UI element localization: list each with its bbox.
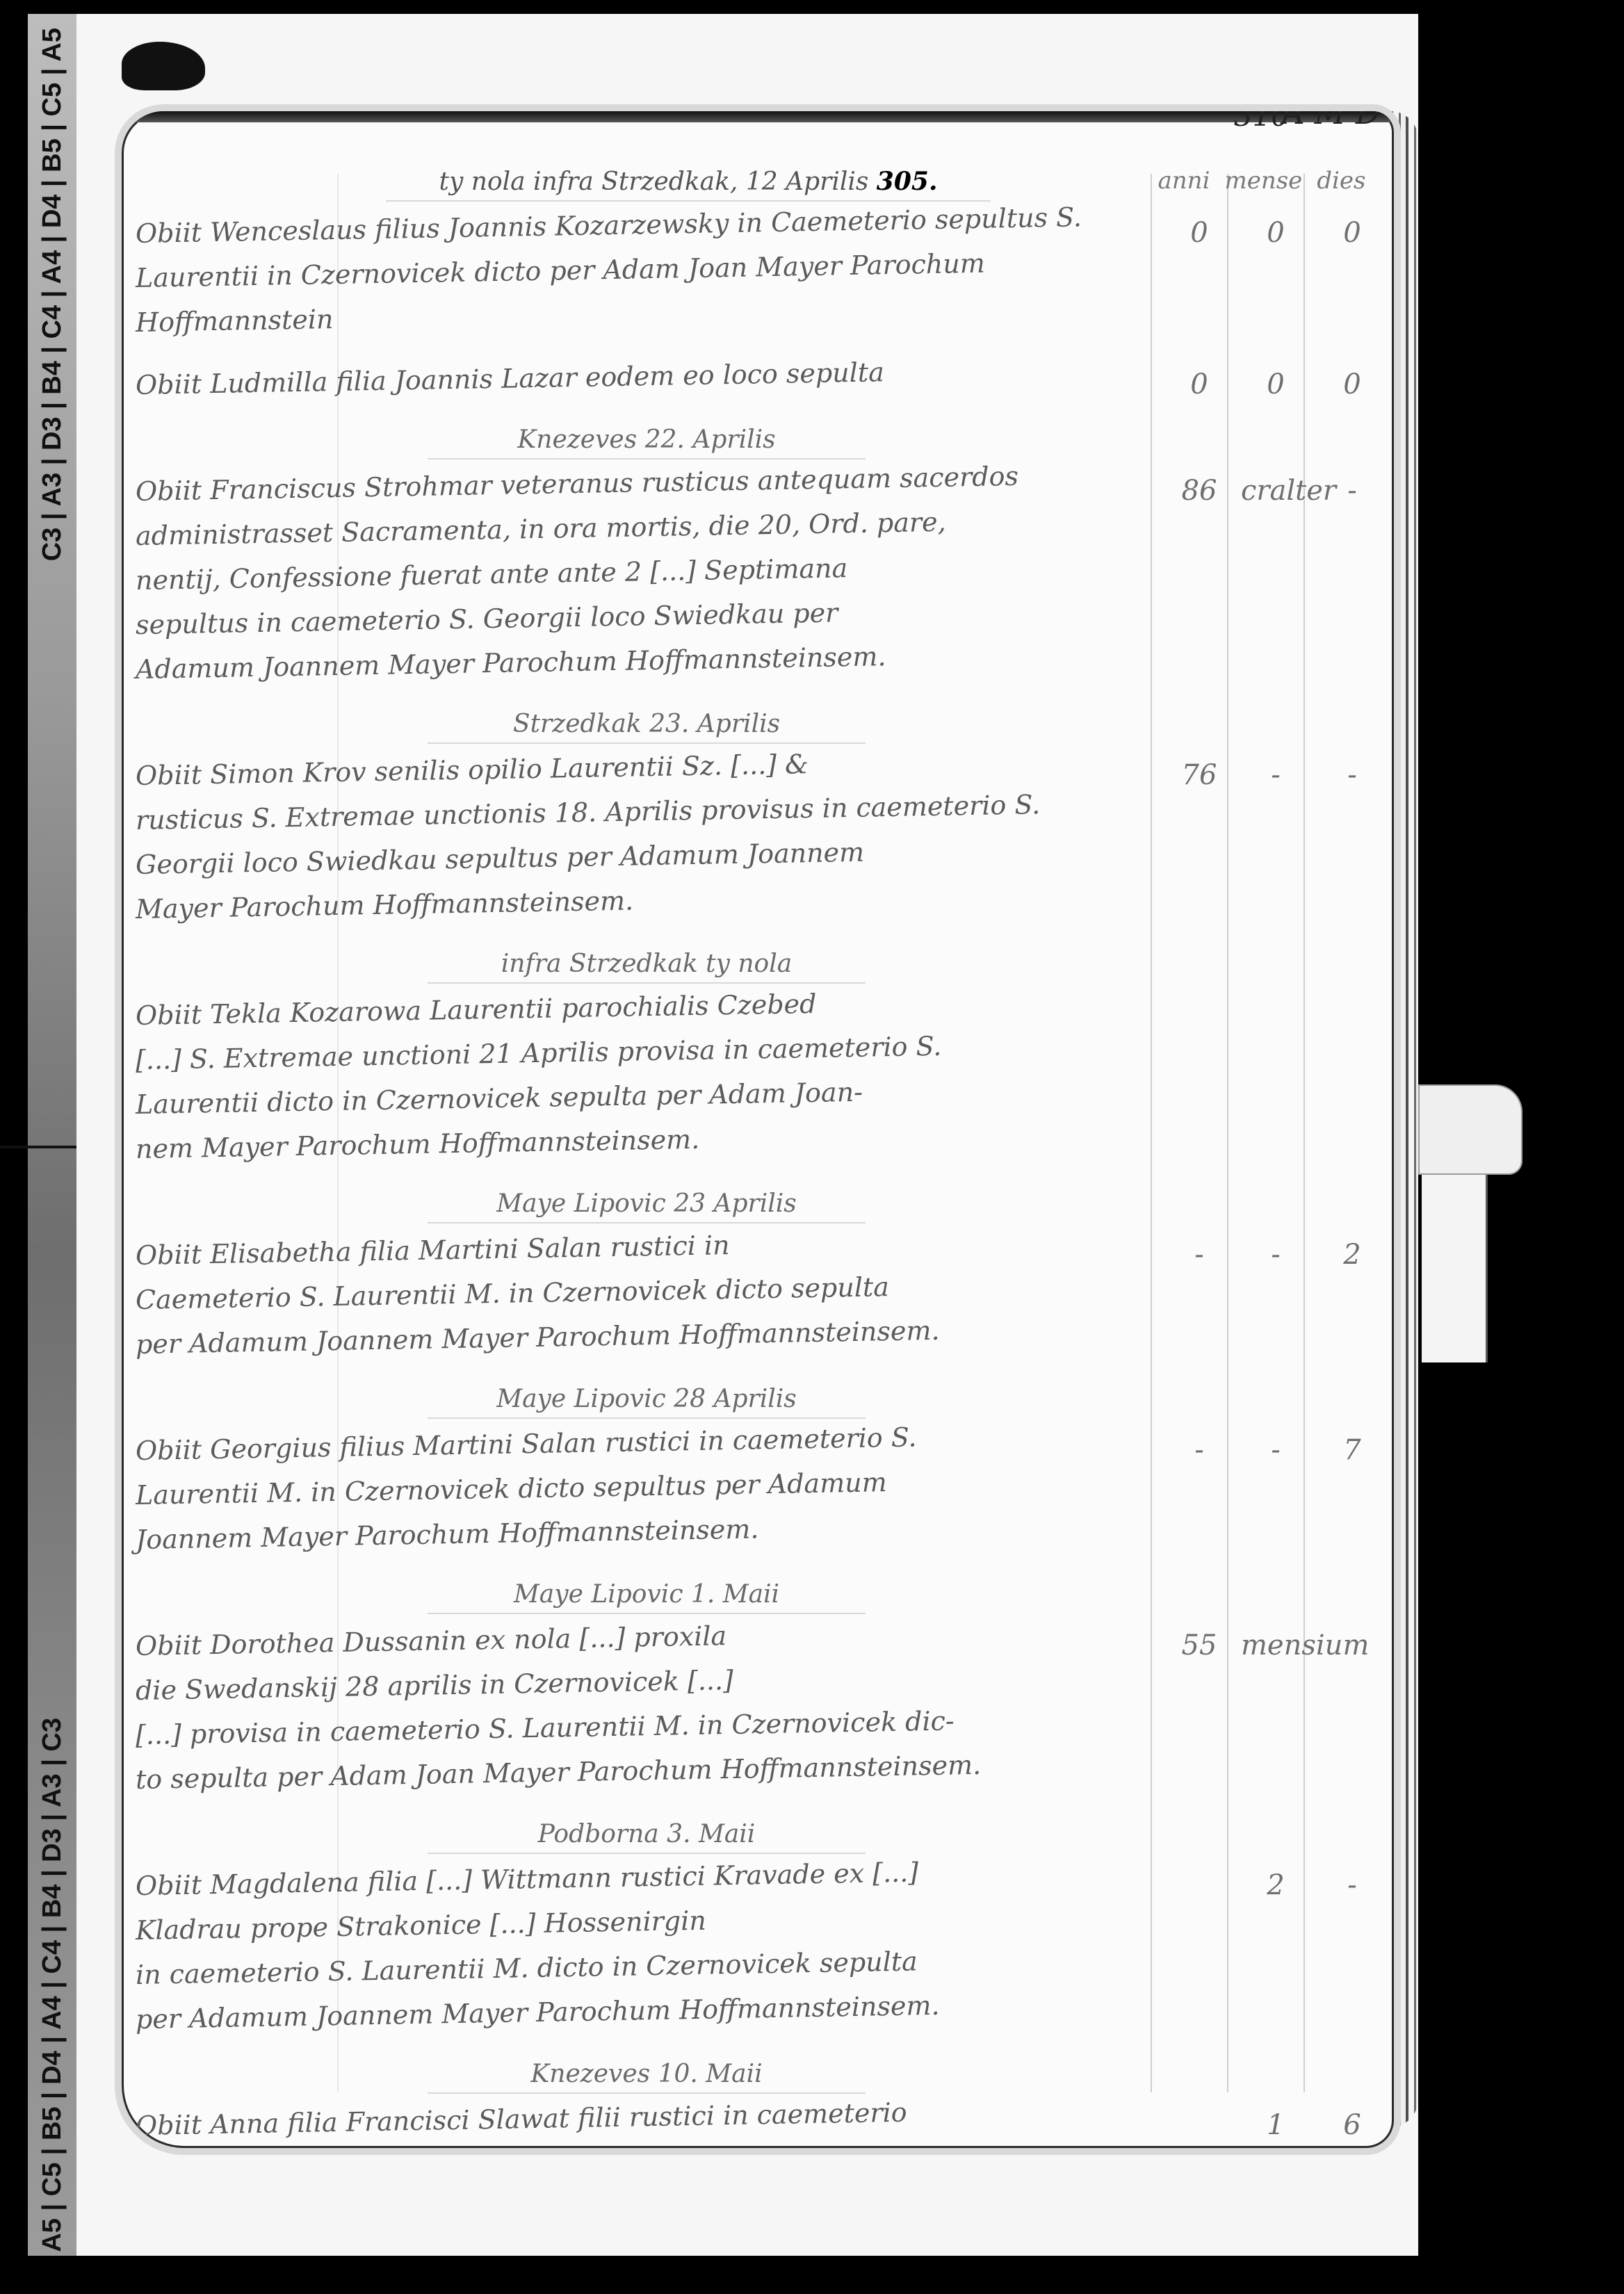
age-months: 0 xyxy=(1241,368,1310,400)
age-values: --7 xyxy=(1161,1434,1390,1466)
age-days: 2 xyxy=(1317,1239,1387,1271)
paper-tab xyxy=(1418,1084,1522,1175)
age-years: 55 xyxy=(1164,1629,1234,1661)
register-entry: Obiit Ludmilla filia Joannis Lazar eodem… xyxy=(136,363,1130,407)
age-years: - xyxy=(1164,1239,1234,1271)
age-years: 0 xyxy=(1164,217,1234,249)
age-years: 86 xyxy=(1164,475,1234,507)
register-entry: Obiit Dorothea Dussanin ex nola [...] pr… xyxy=(136,1624,1130,1802)
age-months: - xyxy=(1241,759,1310,791)
register-entry: Obiit Simon Krov senilis opilio Laurenti… xyxy=(136,754,1130,932)
column-header-years: anni xyxy=(1158,167,1210,195)
date-place-heading: Knezeves 22. Aprilis xyxy=(428,425,866,459)
page-number: 305. xyxy=(877,167,938,196)
age-values: 000 xyxy=(1161,217,1390,249)
register-entries: ty nola infra Strzedkak, 12 Aprilis 305.… xyxy=(136,160,1130,2148)
register-page: 310 A M D anni mense dies ty nola infra … xyxy=(122,111,1394,2148)
film-codes-bottom: A5 | C5 | B5 | D4 | A4 | C4 | B4 | D3 | … xyxy=(28,1718,76,2252)
film-border-right xyxy=(1586,0,1624,2294)
age-months: - xyxy=(1241,1239,1310,1271)
age-days: 0 xyxy=(1317,217,1387,249)
margin-marker xyxy=(0,1146,76,1148)
folio-number: 310 xyxy=(1234,111,1290,133)
age-days: - xyxy=(1317,475,1387,507)
age-days xyxy=(1317,1629,1387,1661)
age-days: 7 xyxy=(1317,1434,1387,1466)
date-place-heading: Knezeves 10. Maii xyxy=(428,2060,866,2094)
date-place-heading: Maye Lipovic 23 Aprilis xyxy=(428,1189,866,1223)
age-years: 76 xyxy=(1164,759,1234,791)
age-months: cralter xyxy=(1241,475,1310,507)
age-months: 1 xyxy=(1241,2109,1310,2141)
age-months: mensium xyxy=(1241,1629,1310,1661)
age-years xyxy=(1164,1869,1234,1901)
register-entry: Obiit Georgius filius Martini Salan rust… xyxy=(136,1429,1130,1562)
column-rule xyxy=(1151,174,1152,2092)
register-entry: Obiit Tekla Kozarowa Laurentii parochial… xyxy=(136,993,1130,1171)
register-entry: Obiit Anna filia Francisci Slawat filii … xyxy=(136,2104,1130,2148)
age-values: 16 xyxy=(1161,2109,1390,2141)
paper-tab-lower xyxy=(1422,1175,1488,1362)
film-codes-top: C3 | A3 | D3 | B4 | C4 | A4 | D4 | B5 | … xyxy=(28,28,76,561)
age-months: 2 xyxy=(1241,1869,1310,1901)
age-column-headers: anni mense dies xyxy=(1151,167,1373,195)
column-rule xyxy=(1304,174,1305,2092)
column-rule xyxy=(1227,174,1228,2092)
age-values: 2- xyxy=(1161,1869,1390,1901)
date-place-heading: Strzedkak 23. Aprilis xyxy=(428,710,866,744)
age-days: - xyxy=(1317,759,1387,791)
age-values: 76-- xyxy=(1161,759,1390,791)
register-entry: Obiit Magdalena filia [...] Wittmann rus… xyxy=(136,1864,1130,2042)
age-days: 0 xyxy=(1317,368,1387,400)
page-heading: ty nola infra Strzedkak, 12 Aprilis 305. xyxy=(386,167,991,202)
page-heading-text: ty nola infra Strzedkak, 12 Aprilis xyxy=(439,168,869,196)
date-place-heading: infra Strzedkak ty nola xyxy=(428,950,866,984)
age-values: --2 xyxy=(1161,1239,1390,1271)
age-days: 6 xyxy=(1317,2109,1387,2141)
age-months: 0 xyxy=(1241,217,1310,249)
column-header-days: dies xyxy=(1317,167,1365,195)
entry-text-line: Obiit Ludmilla filia Joannis Lazar eodem… xyxy=(135,345,1130,407)
register-entry: Obiit Franciscus Strohmar veteranus rust… xyxy=(136,469,1130,692)
age-months: - xyxy=(1241,1434,1310,1466)
date-place-heading: Maye Lipovic 1. Maii xyxy=(428,1580,866,1614)
column-header-months: mense xyxy=(1224,167,1302,195)
age-values: 86cralter- xyxy=(1161,475,1390,507)
folio-stamp: A M D xyxy=(1283,111,1380,131)
entry-list: Obiit Wenceslaus filius Joannis Kozarzew… xyxy=(136,211,1130,2148)
age-days: - xyxy=(1317,1869,1387,1901)
date-place-heading: Podborna 3. Maii xyxy=(428,1820,866,1854)
film-edge-code-strip: C3 | A3 | D3 | B4 | C4 | A4 | D4 | B5 | … xyxy=(28,14,76,2266)
age-years: - xyxy=(1164,1434,1234,1466)
age-years xyxy=(1164,2109,1234,2141)
page-top-edge xyxy=(122,111,1394,122)
register-entry: Obiit Elisabetha filia Martini Salan rus… xyxy=(136,1233,1130,1367)
film-border-bottom xyxy=(0,2256,1624,2294)
date-place-heading: Maye Lipovic 28 Aprilis xyxy=(428,1385,866,1419)
age-years: 0 xyxy=(1164,368,1234,400)
register-entry: Obiit Wenceslaus filius Joannis Kozarzew… xyxy=(136,211,1130,345)
age-values: 55mensium xyxy=(1161,1629,1390,1661)
age-values: 000 xyxy=(1161,368,1390,400)
